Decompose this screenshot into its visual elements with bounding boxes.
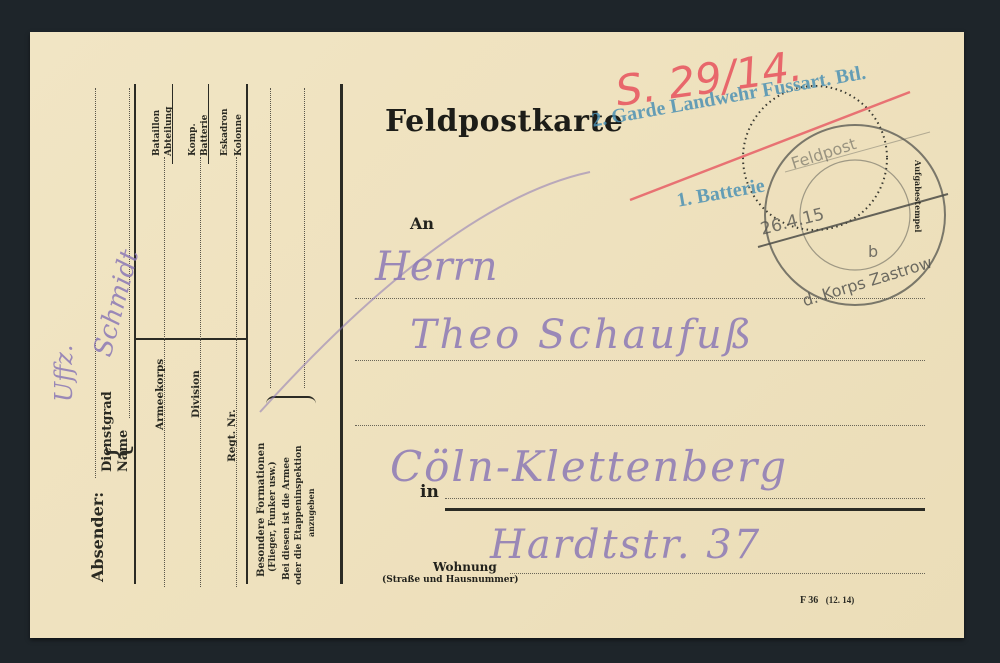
stamp-area-label: Aufgabestempel bbox=[913, 160, 923, 232]
form-code-date: (12. 14) bbox=[826, 595, 855, 605]
stamp-overlay bbox=[30, 32, 964, 638]
form-code-number: F 36 bbox=[800, 595, 818, 606]
form-code: F 36 (12. 14) bbox=[800, 595, 854, 606]
handwritten-slash-sender bbox=[260, 172, 590, 412]
postmark-letter: b bbox=[868, 242, 878, 261]
feldpostkarte-card: Absender: Dienstgrad Name { Bataillon Ab… bbox=[30, 32, 964, 638]
